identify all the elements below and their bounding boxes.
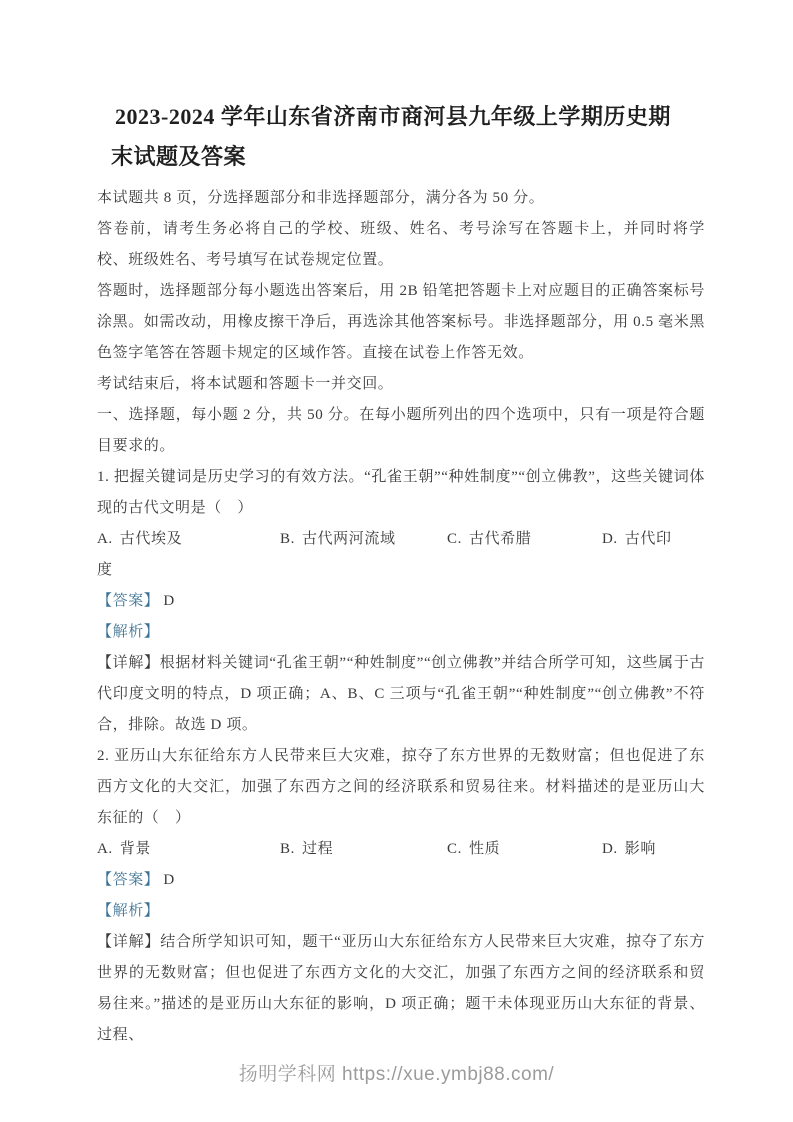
option-label: C. [447, 841, 462, 857]
question-2-stem: 2. 亚历山大东征给东方人民带来巨大灾难，掠夺了东方世界的无数财富；但也促进了东… [97, 741, 705, 834]
option-text: 过程 [302, 841, 333, 857]
answer-value: D [163, 872, 174, 888]
question-2-option-a: A.背景 [97, 834, 280, 865]
question-1-analysis-line: 【解析】 [97, 617, 705, 648]
question-1-option-b: B.古代两河流域 [280, 524, 447, 555]
detail-text: 结合所学知识可知，题干“亚历山大东征给东方人民带来巨大灾难，掠夺了东方世界的无数… [97, 934, 705, 1043]
detail-label: 【详解】 [97, 655, 160, 671]
option-label: B. [280, 841, 295, 857]
answer-label: 【答案】 [97, 872, 159, 888]
detail-text: 根据材料关键词“孔雀王朝”“种姓制度”“创立佛教”并结合所学可知，这些属于古代印… [97, 655, 705, 733]
option-label: D. [602, 841, 618, 857]
option-label: A. [97, 841, 113, 857]
page-title: 2023-2024 学年山东省济南市商河县九年级上学期历史期末试题及答案 [111, 97, 693, 177]
document-body: 2023-2024 学年山东省济南市商河县九年级上学期历史期末试题及答案 本试题… [97, 97, 705, 1051]
option-label: B. [280, 531, 295, 547]
question-1-detail-paragraph: 【详解】根据材料关键词“孔雀王朝”“种姓制度”“创立佛教”并结合所学可知，这些属… [97, 648, 705, 741]
question-2-options: A.背景B.过程C.性质D.影响 [97, 834, 683, 865]
option-text: 古代希腊 [469, 531, 531, 547]
question-1-option-a: A.古代埃及 [97, 524, 280, 555]
option-text: 古代两河流域 [302, 531, 396, 547]
exam-info-line: 本试题共 8 页，分选择题部分和非选择题部分，满分各为 50 分。 [97, 183, 705, 214]
question-1-stem: 1. 把握关键词是历史学习的有效方法。“孔雀王朝”“种姓制度”“创立佛教”，这些… [97, 462, 705, 524]
answer-label: 【答案】 [97, 593, 159, 609]
analysis-label: 【解析】 [97, 903, 159, 919]
answering-instruction: 答题时，选择题部分每小题选出答案后，用 2B 铅笔把答题卡上对应题目的正确答案标… [97, 276, 705, 369]
answer-value: D [163, 593, 174, 609]
detail-label: 【详解】 [97, 934, 160, 950]
section-1-heading: 一、选择题，每小题 2 分，共 50 分。在每小题所列出的四个选项中，只有一项是… [97, 400, 705, 462]
option-text: 背景 [120, 841, 151, 857]
question-2-answer-line: 【答案】D [97, 865, 705, 896]
pre-exam-instruction: 答卷前，请考生务必将自己的学校、班级、姓名、考号涂写在答题卡上，并同时将学校、班… [97, 214, 705, 276]
question-2-option-b: B.过程 [280, 834, 447, 865]
option-text: 古代埃及 [120, 531, 182, 547]
question-2-detail-paragraph: 【详解】结合所学知识可知，题干“亚历山大东征给东方人民带来巨大灾难，掠夺了东方世… [97, 927, 705, 1051]
option-label: D. [602, 531, 618, 547]
option-label: C. [447, 531, 462, 547]
question-1-option-c: C.古代希腊 [447, 524, 602, 555]
question-1-options: A.古代埃及B.古代两河流域C.古代希腊D.古代印度 [97, 524, 683, 586]
analysis-label: 【解析】 [97, 624, 159, 640]
question-2-option-d: D.影响 [602, 841, 656, 857]
option-text: 性质 [469, 841, 500, 857]
option-text: 影响 [625, 841, 656, 857]
question-2-analysis-line: 【解析】 [97, 896, 705, 927]
question-1-answer-line: 【答案】D [97, 586, 705, 617]
post-exam-instruction: 考试结束后，将本试题和答题卡一并交回。 [97, 369, 705, 400]
footer-watermark: 扬明学科网 https://xue.ymbj88.com/ [0, 1062, 793, 1088]
option-label: A. [97, 531, 113, 547]
document-page: 2023-2024 学年山东省济南市商河县九年级上学期历史期末试题及答案 本试题… [0, 0, 793, 1122]
question-2-option-c: C.性质 [447, 834, 602, 865]
